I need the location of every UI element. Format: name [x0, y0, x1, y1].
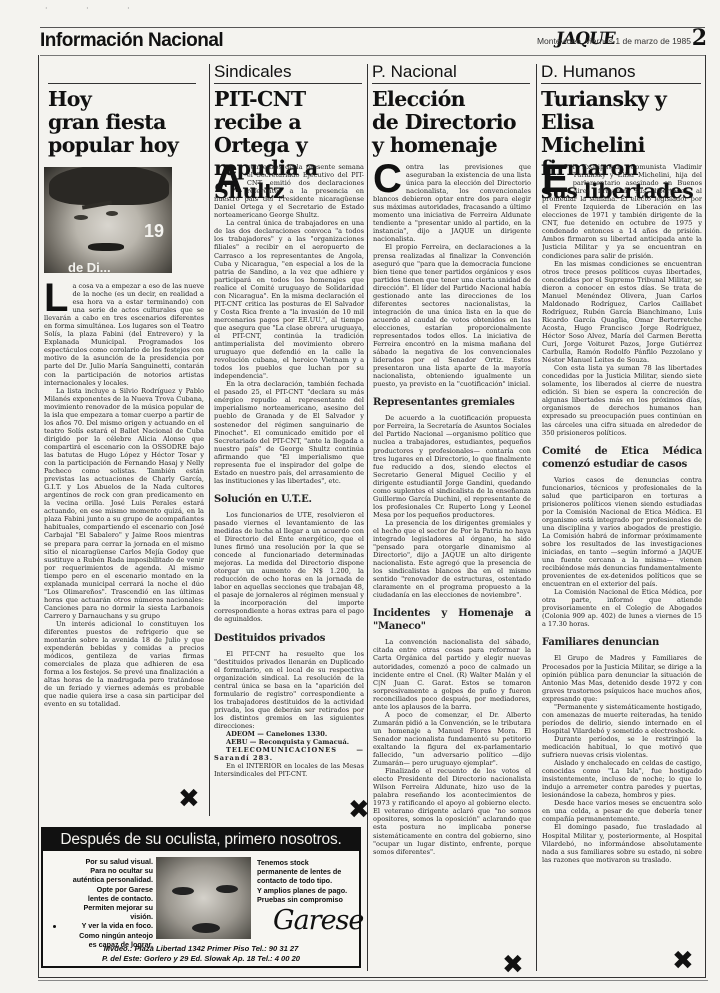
article-body-pnacional: Contra las previsiones que aseguraban la… [373, 163, 531, 950]
headline-line: Hoy [48, 88, 208, 111]
ad-line: Permiten mejorar su [49, 903, 153, 912]
paragraph: Varios casos de denuncias contra funcion… [542, 476, 702, 589]
bottom-rule [38, 980, 708, 981]
ad-address-line: P. del Este: Gorlero y 29 Ed. Slowak Ap.… [43, 954, 359, 964]
subheading: Representantes gremiales [373, 396, 531, 409]
page-margin-marks: · · · [45, 4, 148, 13]
ad-line: permanente de lentes de [257, 867, 361, 876]
paragraph: La presencia de los dirigentes gremiales… [373, 519, 531, 599]
headline-line: y homenaje [372, 134, 532, 157]
paragraph: El Grupo de Madres y Familiares de Proce… [542, 654, 702, 702]
ad-line: Como ningún anteojo [49, 931, 153, 940]
ad-banner: Después de su oculista, primero nosotros… [43, 829, 359, 851]
paragraph: Los funcionarios de UTE, resolvieron el … [214, 511, 364, 624]
column-label-rule [541, 83, 701, 84]
paragraph: TELECOMUNICACIONES — Sarandí 283. [214, 746, 364, 762]
subheading: Destituidos privados [214, 632, 364, 645]
headline-pnacional: Elección de Directorio y homenaje [372, 88, 532, 157]
subheading: Familiares denuncian [542, 636, 702, 649]
ad-line: Y amplios planes de pago. [257, 886, 361, 895]
article-body-fiesta: La cosa va a empezar a eso de las nueve … [44, 282, 204, 787]
headline-line: PIT-CNT recibe a [214, 88, 366, 134]
paragraph: El propio Ferreira, en declaraciones a l… [373, 243, 531, 388]
ad-address: Mvdeo.: Plaza Libertad 1342 Primer Piso … [43, 944, 359, 964]
top-rule [40, 27, 705, 28]
subheading: Solución en U.T.E. [214, 493, 364, 506]
headline-line: popular hoy [48, 134, 208, 157]
portrait-photo: 19 de Di... [44, 167, 172, 273]
paragraph: Con esta lista ya suman 78 las libertade… [542, 364, 702, 436]
headline-line: gran fiesta [48, 111, 208, 134]
end-mark-icon: ✖ [502, 952, 524, 978]
ad-address-line: Mvdeo.: Plaza Libertad 1342 Primer Piso … [43, 944, 359, 954]
drop-cap: C [373, 164, 402, 194]
paragraph: En la otra declaración, también fechada … [214, 380, 364, 485]
masthead: Información Nacional JAQUE Montevideo, v… [40, 30, 705, 52]
section-title: Información Nacional [40, 30, 223, 52]
ad-line: Por su salud visual. [49, 857, 153, 866]
column-divider [209, 64, 210, 816]
ad-line: visión. [49, 912, 153, 921]
photo-number: 19 [144, 221, 164, 242]
photo-caption: de Di... [68, 260, 111, 273]
article-body-pitcnt: Acomienzos de la presente semana el Secr… [214, 163, 364, 793]
dateline: Montevideo, viernes 1 de marzo de 1985 [537, 36, 691, 46]
paragraph: Aislado y enchalecado en celdas de casti… [542, 759, 702, 799]
paragraph: La central única de trabajadores en una … [214, 219, 364, 380]
paragraph: El domingo pasado, fue trasladado al Hos… [542, 823, 702, 863]
ad-bullet [53, 925, 56, 928]
headline-line: Turiansky y Elisa [541, 88, 706, 134]
ad-face-photo [156, 857, 251, 939]
paragraph: Durante períodos, se le restringió la me… [542, 735, 702, 759]
ad-line: auténtica personalidad. [49, 875, 153, 884]
ad-line: Pruebas sin compromiso [257, 895, 361, 904]
paragraph: En las mismas condiciones se encuentran … [542, 260, 702, 365]
drop-cap: L [44, 283, 68, 313]
paragraph: Finalizado el recuento de los votos el e… [373, 767, 531, 856]
subheading: Comité de Etica Médica comenzó estudiar … [542, 445, 702, 471]
column-label-sindicales: Sindicales [214, 62, 292, 82]
end-mark-icon: ✖ [672, 948, 694, 974]
subheading: Incidentes y Homenaje a "Maneco" [373, 607, 531, 633]
headline-line: Ortega y [214, 134, 366, 157]
paragraph: La Comisión Nacional de Etica Médica, po… [542, 588, 702, 628]
paragraph: AEBU — Reconquista y Camacuá. [214, 738, 364, 746]
end-mark-icon: ✖ [178, 786, 200, 812]
headline-line: Elección [372, 88, 532, 111]
ad-brand-logo: Garese [273, 905, 363, 936]
page-number: 2 [692, 25, 707, 51]
article-body-dhumanos: El Ex-Diputado Comunista Vladimir Turian… [542, 163, 702, 950]
ad-line: lentes de contacto. [49, 894, 153, 903]
headline-fiesta: Hoy gran fiesta popular hoy [48, 88, 208, 157]
paragraph: ADEOM — Canelones 1330. [214, 730, 364, 738]
ad-line: Opte por Garese [49, 885, 153, 894]
column-label-pnacional: P. Nacional [372, 62, 457, 82]
headline-line: de Directorio [372, 111, 532, 134]
paragraph: La convención nacionalista del sábado, c… [373, 638, 531, 710]
ad-line: Para no ocultar su [49, 866, 153, 875]
paragraph: Desde hace varios meses se encuentra sol… [542, 799, 702, 823]
column-label-rule [372, 83, 530, 84]
ad-left-text: Por su salud visual. Para no ocultar su … [49, 857, 153, 949]
paragraph: A poco de comenzar, el Dr. Alberto Zumar… [373, 711, 531, 767]
paragraph: De acuerdo a la cuotificación propuesta … [373, 414, 531, 519]
paragraph: En el INTERIOR en locales de las Mesas I… [214, 762, 364, 778]
column-label-rule [48, 83, 196, 84]
paragraph: La lista incluye a Silvio Rodríguez y Pa… [44, 387, 204, 620]
column-label-dhumanos: D. Humanos [541, 62, 635, 82]
ad-line: Tenemos stock [257, 858, 361, 867]
ad-line: contacto de todo tipo. [257, 876, 361, 885]
drop-cap: E [542, 164, 569, 194]
column-label-rule [214, 83, 362, 84]
ad-line: Y ver la vida en foco. [49, 921, 153, 930]
drop-cap: A [214, 164, 243, 194]
column-divider [536, 64, 537, 971]
paragraph: El PIT-CNT ha resuelto que los "destitui… [214, 650, 364, 730]
ad-right-text: Tenemos stock permanente de lentes de co… [257, 858, 361, 904]
end-mark-icon: ✖ [348, 797, 370, 823]
garese-advertisement: Después de su oculista, primero nosotros… [41, 827, 361, 968]
column-divider [367, 64, 368, 971]
paragraph: "Permanente y sistemáticamente hostigado… [542, 703, 702, 735]
paragraph: Un interés adicional lo constituyen los … [44, 620, 204, 709]
